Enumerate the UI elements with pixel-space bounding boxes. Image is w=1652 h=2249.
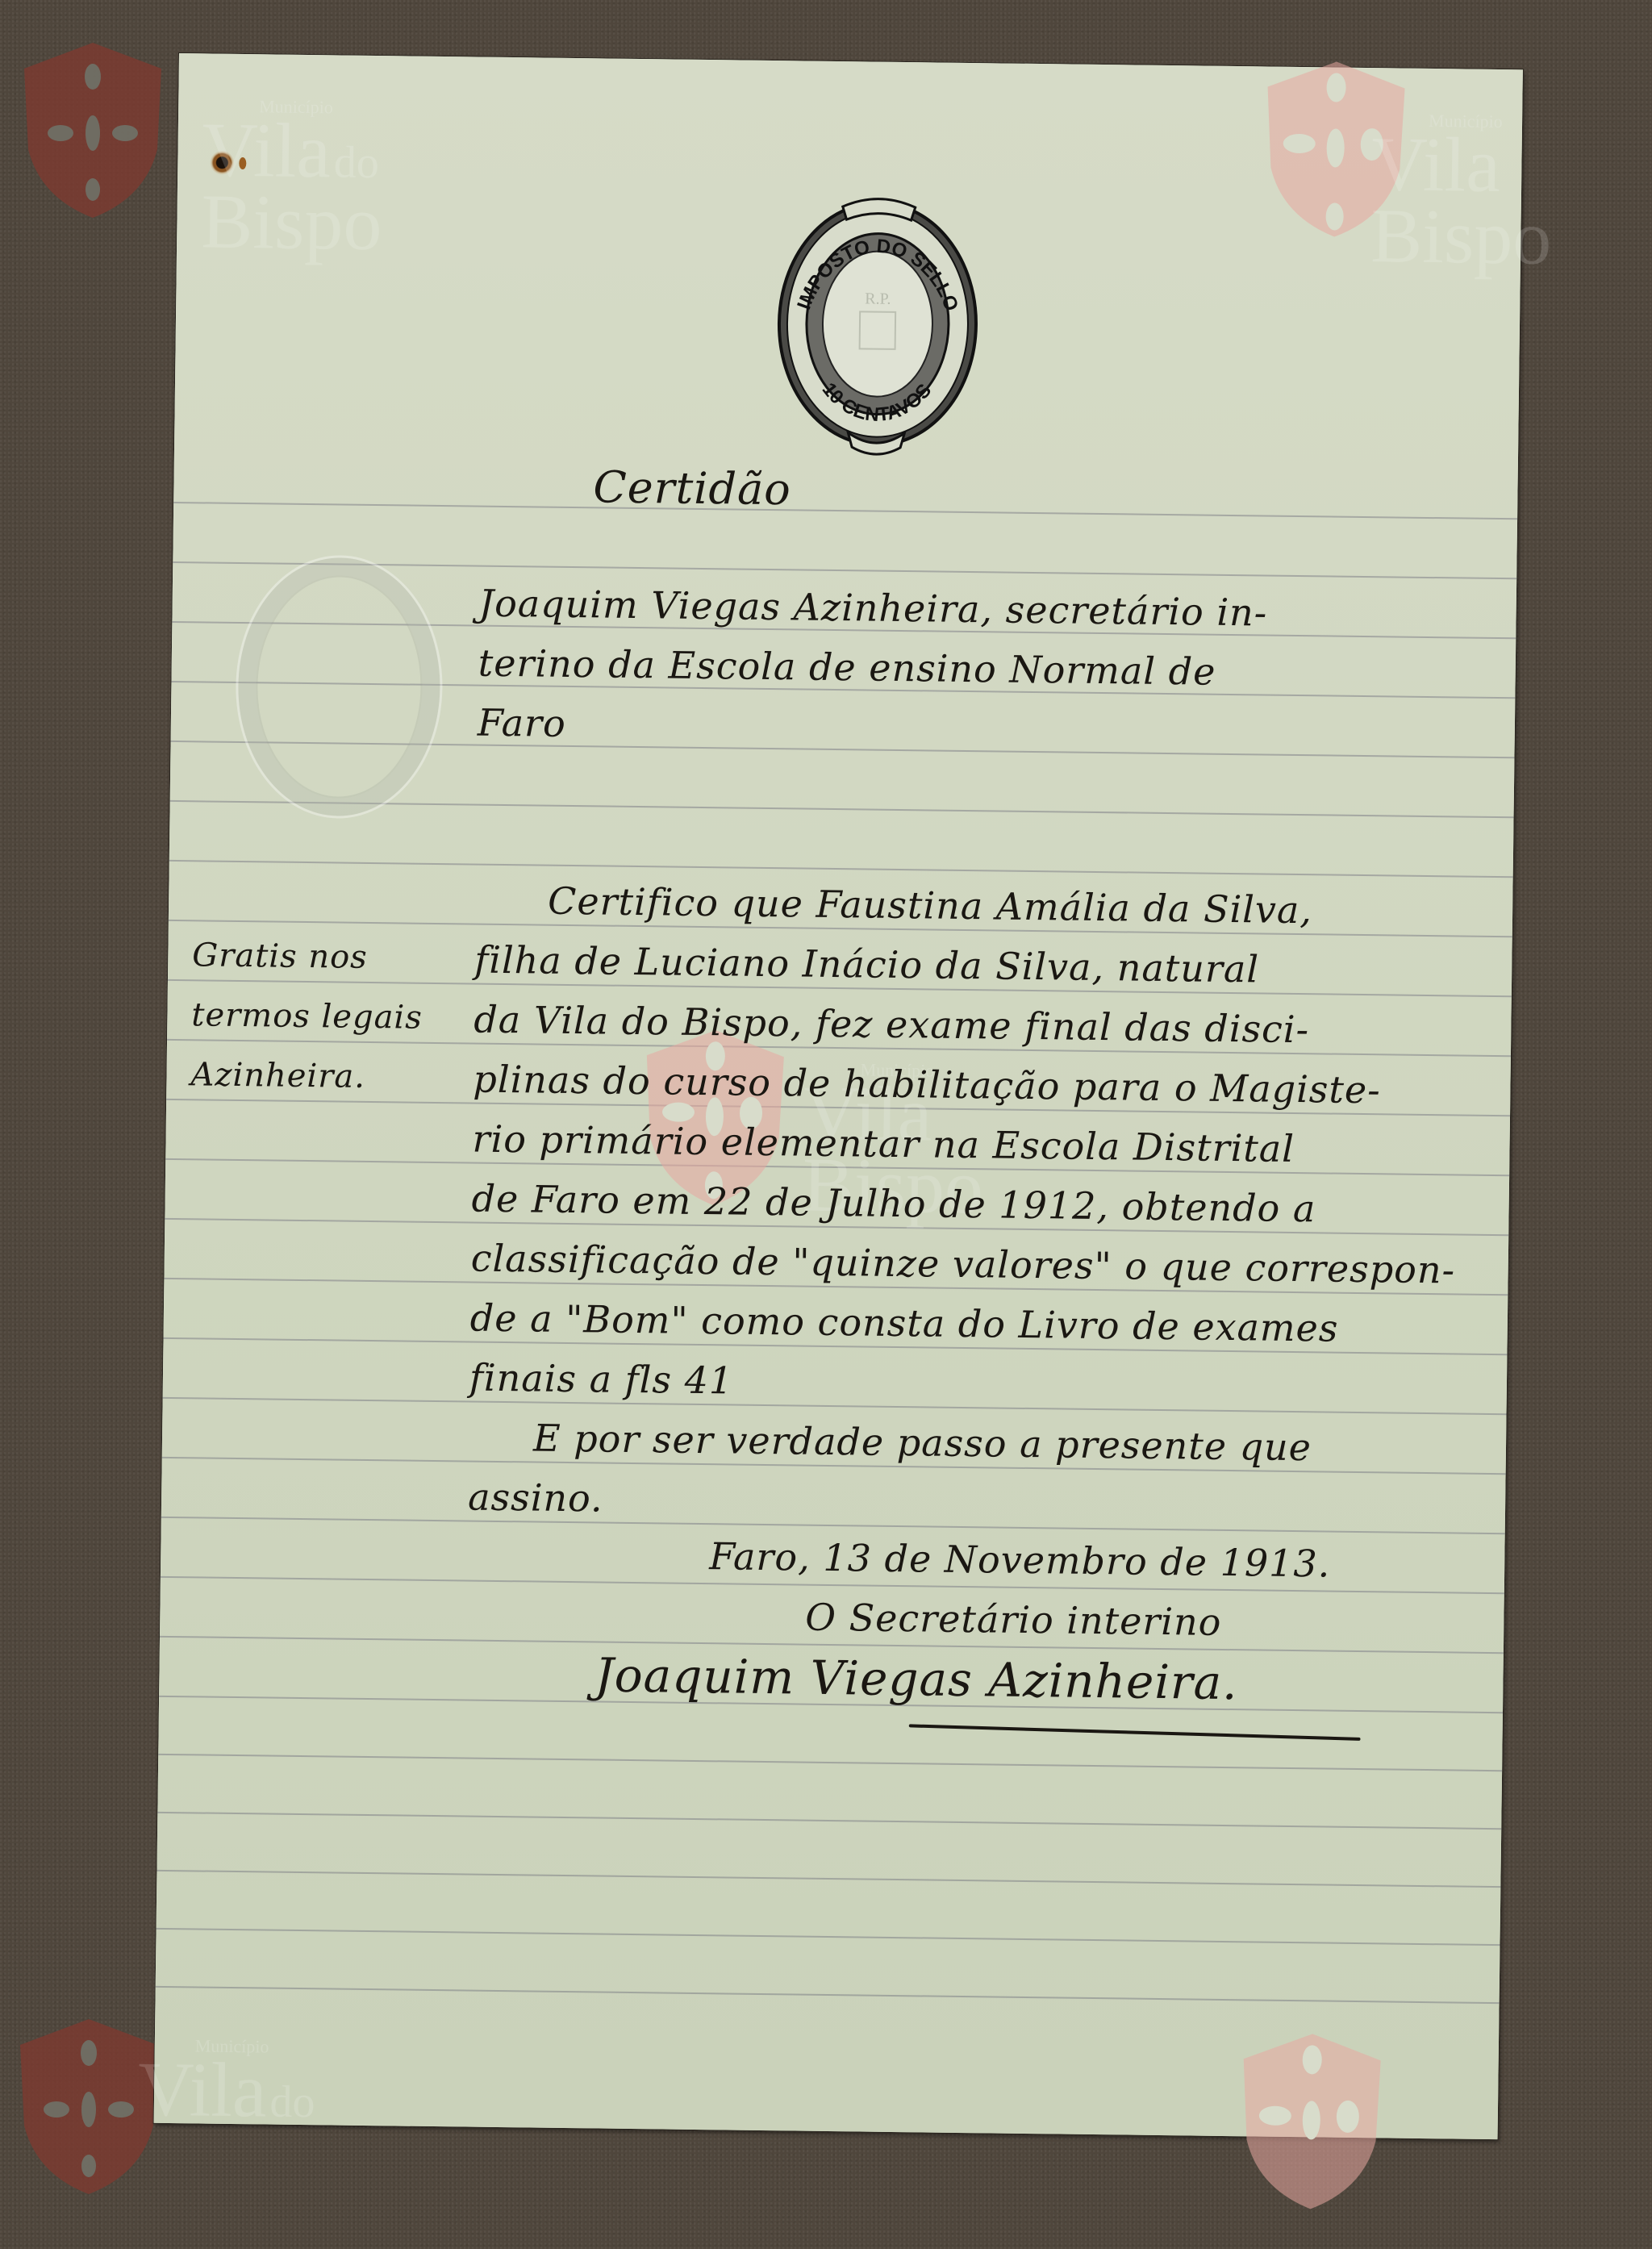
document-title: Certidão [593,461,791,515]
document-page: Município Vila do Bispo Município Vila B… [154,53,1523,2139]
heading-line: terino da Escola de ensino Normal de [478,641,1216,694]
punch-hole [210,150,234,174]
shield-watermark-icon [12,2013,165,2198]
shield-watermark-icon [1233,2026,1389,2214]
margin-note-line: Gratis nos [192,937,368,976]
body-line: E por ser verdade passo a presente que [533,1416,1312,1469]
stamp-frame-icon: IMPOSTO DO SELLO 10 CENTAVOS R.P. [771,190,984,458]
embossed-seal: ESCOLA DE HABILITAÇÃO PARA O MAGISTÉRIO … [234,554,444,820]
margin-note-line: termos legais [191,996,423,1036]
margin-note-line: Azinheira. [190,1056,365,1095]
body-line: finais a fls 41 [469,1356,734,1403]
shield-watermark-icon [16,36,169,222]
signature-title: O Secretário interino [805,1596,1222,1644]
watermark-text: Município Vila do Bispo [201,98,383,259]
signature-underline [909,1724,1361,1741]
body-line: de Faro em 22 de Julho de 1912, obtendo … [471,1177,1316,1231]
body-line: filha de Luciano Inácio da Silva, natura… [474,938,1259,991]
body-line: rio primário elementar na Escola Distrit… [472,1117,1295,1170]
signature: Joaquim Viegas Azinheira. [594,1647,1238,1710]
tax-stamp: IMPOSTO DO SELLO 10 CENTAVOS R.P. [771,190,984,458]
body-line: assino. [468,1475,603,1521]
watermark-text: Município Vila do [138,2038,316,2127]
svg-text:R.P.: R.P. [865,290,891,307]
shield-watermark-icon [1258,54,1413,241]
body-line: Certifico que Faustina Amália da Silva, [548,879,1312,933]
body-line: da Vila do Bispo, fez exame final das di… [473,998,1309,1052]
heading-line: Faro [478,701,567,745]
date-line: Faro, 13 de Novembro de 1913. [709,1534,1331,1585]
watermark-text: Município Vila Bispo [1370,112,1553,273]
